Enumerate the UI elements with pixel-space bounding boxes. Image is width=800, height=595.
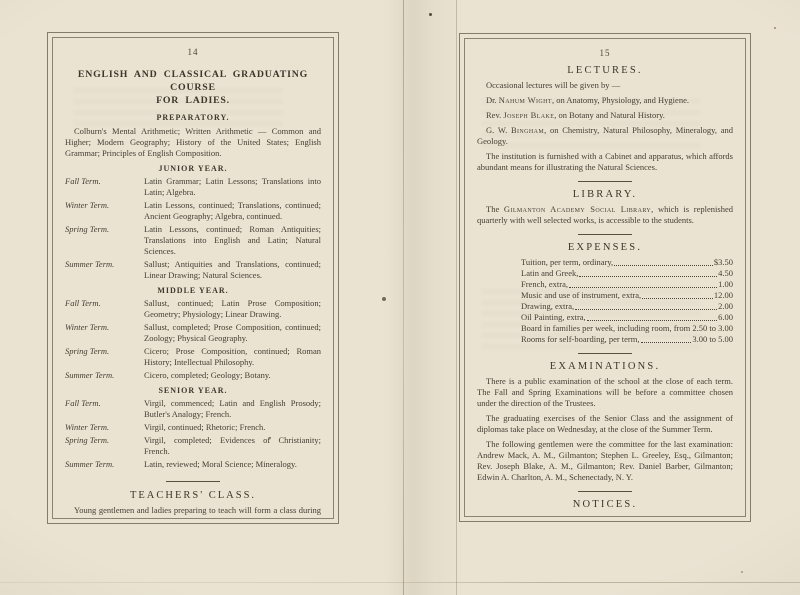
expense-amount: 4.50 <box>718 268 733 279</box>
paragraph: Rev. Joseph Blake, on Botany and Natural… <box>477 110 733 121</box>
notices-heading: NOTICES. <box>477 499 733 510</box>
expense-label: French, extra, <box>521 279 568 290</box>
expenses-list: Tuition, per term, ordinary,$3.50Latin a… <box>521 257 733 345</box>
term-row: Fall Term.Latin Grammar; Latin Lessons; … <box>65 176 321 198</box>
expense-label: Board in families per week, including ro… <box>521 323 690 334</box>
expense-amount: $3.50 <box>714 257 733 268</box>
book-gutter-shadow <box>385 0 465 595</box>
paragraph: The following gentlemen were the committ… <box>477 439 733 483</box>
section-divider <box>578 353 632 354</box>
expense-label: Latin and Greek, <box>521 268 578 279</box>
term-row: Winter Term.Sallust, completed; Prose Co… <box>65 322 321 344</box>
teachers-class-text: Young gentlemen and ladies preparing to … <box>65 505 321 519</box>
expense-amount: 3.00 to 5.00 <box>692 334 733 345</box>
term-description: Virgil, commenced; Latin and English Pro… <box>144 398 321 420</box>
ink-speck <box>774 27 776 29</box>
text-segment: Occasional lectures will be given by — <box>486 80 620 90</box>
expense-label: Oil Painting, extra, <box>521 312 586 323</box>
ink-speck <box>429 13 432 16</box>
page-14: 14 ENGLISH AND CLASSICAL GRADUATING COUR… <box>47 32 339 524</box>
text-segment: The institution is furnished with a Cabi… <box>477 151 733 172</box>
term-description: Sallust, continued; Latin Prose Composit… <box>144 298 321 320</box>
term-row: Summer Term.Sallust; Antiquities and Tra… <box>65 259 321 281</box>
year-heading: JUNIOR YEAR. <box>65 164 321 173</box>
expense-amount: 12.00 <box>714 290 733 301</box>
section-divider <box>578 491 632 492</box>
term-label: Fall Term. <box>65 298 101 309</box>
term-description: Latin, reviewed; Moral Science; Mineralo… <box>144 459 321 470</box>
term-description: Virgil, continued; Rhetoric; French. <box>144 422 321 433</box>
page-title-line: ENGLISH AND CLASSICAL GRADUATING COURSE <box>65 68 321 94</box>
dotted-leader <box>641 342 692 343</box>
ink-speck <box>741 571 743 573</box>
section-divider <box>166 481 220 482</box>
section-divider <box>578 181 632 182</box>
preparatory-text: Colburn's Mental Arithmetic; Written Ari… <box>65 126 321 159</box>
text-segment: The <box>486 204 504 214</box>
dotted-leader <box>587 320 717 321</box>
page-number: 15 <box>477 48 733 58</box>
small-caps-name: Nahum Wight <box>499 95 552 105</box>
examinations-heading: EXAMINATIONS. <box>477 361 733 372</box>
expense-row: Oil Painting, extra,6.00 <box>521 312 733 323</box>
year-heading: SENIOR YEAR. <box>65 386 321 395</box>
paragraph: Gilmanton Academy is situated in the qui… <box>477 514 733 517</box>
year-heading: MIDDLE YEAR. <box>65 286 321 295</box>
page-fold-line <box>403 0 404 595</box>
text-segment: The following gentlemen were the committ… <box>477 439 733 482</box>
course-schedule: JUNIOR YEAR.Fall Term.Latin Grammar; Lat… <box>65 164 321 470</box>
expense-row: French, extra,1.00 <box>521 279 733 290</box>
small-caps-name: Gilmanton Academy Social Library <box>504 204 651 214</box>
expense-label: Tuition, per term, ordinary, <box>521 257 613 268</box>
dotted-leader <box>642 298 713 299</box>
term-label: Spring Term. <box>65 435 109 446</box>
term-row: Spring Term.Latin Lessons, continued; Ro… <box>65 224 321 257</box>
text-segment: The graduating exercises of the Senior C… <box>477 413 733 434</box>
expense-row: Rooms for self-boarding, per term,3.00 t… <box>521 334 733 345</box>
term-label: Winter Term. <box>65 422 109 433</box>
dotted-leader <box>579 276 717 277</box>
expense-row: Tuition, per term, ordinary,$3.50 <box>521 257 733 268</box>
text-segment: G. W. <box>486 125 511 135</box>
term-row: Summer Term.Cicero, completed; Geology; … <box>65 370 321 381</box>
expense-row: Music and use of instrument, extra,12.00 <box>521 290 733 301</box>
term-description: Latin Lessons, continued; Roman Antiquit… <box>144 224 321 257</box>
small-caps-name: Bingham <box>511 125 544 135</box>
paragraph: Occasional lectures will be given by — <box>477 80 733 91</box>
paragraph: The graduating exercises of the Senior C… <box>477 413 733 435</box>
ink-speck <box>382 297 386 301</box>
page-15: 15 LECTURES. Occasional lectures will be… <box>459 33 751 522</box>
term-label: Fall Term. <box>65 398 101 409</box>
dotted-leader <box>569 287 717 288</box>
term-description: Latin Grammar; Latin Lessons; Translatio… <box>144 176 321 198</box>
text-segment: , on Anatomy, Physiology, and Hygiene. <box>552 95 689 105</box>
term-label: Summer Term. <box>65 259 114 270</box>
library-heading: LIBRARY. <box>477 189 733 200</box>
preparatory-heading: PREPARATORY. <box>65 113 321 122</box>
expense-row: Latin and Greek,4.50 <box>521 268 733 279</box>
term-description: Sallust; Antiquities and Translations, c… <box>144 259 321 281</box>
text-segment: Dr. <box>486 95 499 105</box>
term-row: Fall Term.Sallust, continued; Latin Pros… <box>65 298 321 320</box>
expense-label: Rooms for self-boarding, per term, <box>521 334 640 345</box>
library-section: The Gilmanton Academy Social Library, wh… <box>477 204 733 226</box>
dotted-leader <box>614 265 713 266</box>
expense-label: Music and use of instrument, extra, <box>521 290 641 301</box>
lectures-heading: LECTURES. <box>477 65 733 76</box>
term-row: Winter Term.Latin Lessons, continued; Tr… <box>65 200 321 222</box>
term-label: Winter Term. <box>65 322 109 333</box>
text-segment: Gilmanton Academy is situated in the qui… <box>477 514 733 517</box>
expense-label: Drawing, extra, <box>521 301 574 312</box>
paragraph: The Gilmanton Academy Social Library, wh… <box>477 204 733 226</box>
page-15-frame: 15 LECTURES. Occasional lectures will be… <box>464 38 746 517</box>
page-title-line: FOR LADIES. <box>65 94 321 107</box>
term-description: Cicero, completed; Geology; Botany. <box>144 370 321 381</box>
term-label: Winter Term. <box>65 200 109 211</box>
term-label: Spring Term. <box>65 224 109 235</box>
term-description: Virgil, completed; Evidences of Christia… <box>144 435 321 457</box>
lectures-section: Occasional lectures will be given by —Dr… <box>477 80 733 173</box>
page-14-frame: 14 ENGLISH AND CLASSICAL GRADUATING COUR… <box>52 37 334 519</box>
expense-amount: 2.50 to 3.00 <box>692 323 733 334</box>
expense-row: Drawing, extra,2.00 <box>521 301 733 312</box>
text-segment: There is a public examination of the sch… <box>477 376 733 408</box>
expenses-heading: EXPENSES. <box>477 242 733 253</box>
notices-section: Gilmanton Academy is situated in the qui… <box>477 514 733 517</box>
teachers-class-heading: TEACHERS' CLASS. <box>65 490 321 501</box>
expense-amount: 6.00 <box>718 312 733 323</box>
term-label: Spring Term. <box>65 346 109 357</box>
page-number: 14 <box>65 47 321 57</box>
paragraph: There is a public examination of the sch… <box>477 376 733 409</box>
term-label: Summer Term. <box>65 459 114 470</box>
term-description: Latin Lessons, continued; Translations, … <box>144 200 321 222</box>
paragraph: G. W. Bingham, on Chemistry, Natural Phi… <box>477 125 733 147</box>
expense-amount: 2.00 <box>718 301 733 312</box>
term-row: Summer Term.Latin, reviewed; Moral Scien… <box>65 459 321 470</box>
expense-row: Board in families per week, including ro… <box>521 323 733 334</box>
term-row: Spring Term.Virgil, completed; Evidences… <box>65 435 321 457</box>
section-divider <box>578 234 632 235</box>
paragraph: Dr. Nahum Wight, on Anatomy, Physiology,… <box>477 95 733 106</box>
term-label: Fall Term. <box>65 176 101 187</box>
term-row: Spring Term.Cicero; Prose Composition, c… <box>65 346 321 368</box>
term-description: Cicero; Prose Composition, continued; Ro… <box>144 346 321 368</box>
text-segment: Rev. <box>486 110 503 120</box>
text-segment: , on Botany and Natural History. <box>554 110 665 120</box>
examinations-section: There is a public examination of the sch… <box>477 376 733 483</box>
paragraph: The institution is furnished with a Cabi… <box>477 151 733 173</box>
term-row: Fall Term.Virgil, commenced; Latin and E… <box>65 398 321 420</box>
term-label: Summer Term. <box>65 370 114 381</box>
right-leaf-edge <box>456 0 457 595</box>
term-row: Winter Term.Virgil, continued; Rhetoric;… <box>65 422 321 433</box>
small-caps-name: Joseph Blake <box>503 110 554 120</box>
expense-amount: 1.00 <box>718 279 733 290</box>
bottom-paper-edge <box>0 582 800 583</box>
page-title: ENGLISH AND CLASSICAL GRADUATING COURSE … <box>65 68 321 107</box>
term-description: Sallust, completed; Prose Composition, c… <box>144 322 321 344</box>
dotted-leader <box>575 309 717 310</box>
